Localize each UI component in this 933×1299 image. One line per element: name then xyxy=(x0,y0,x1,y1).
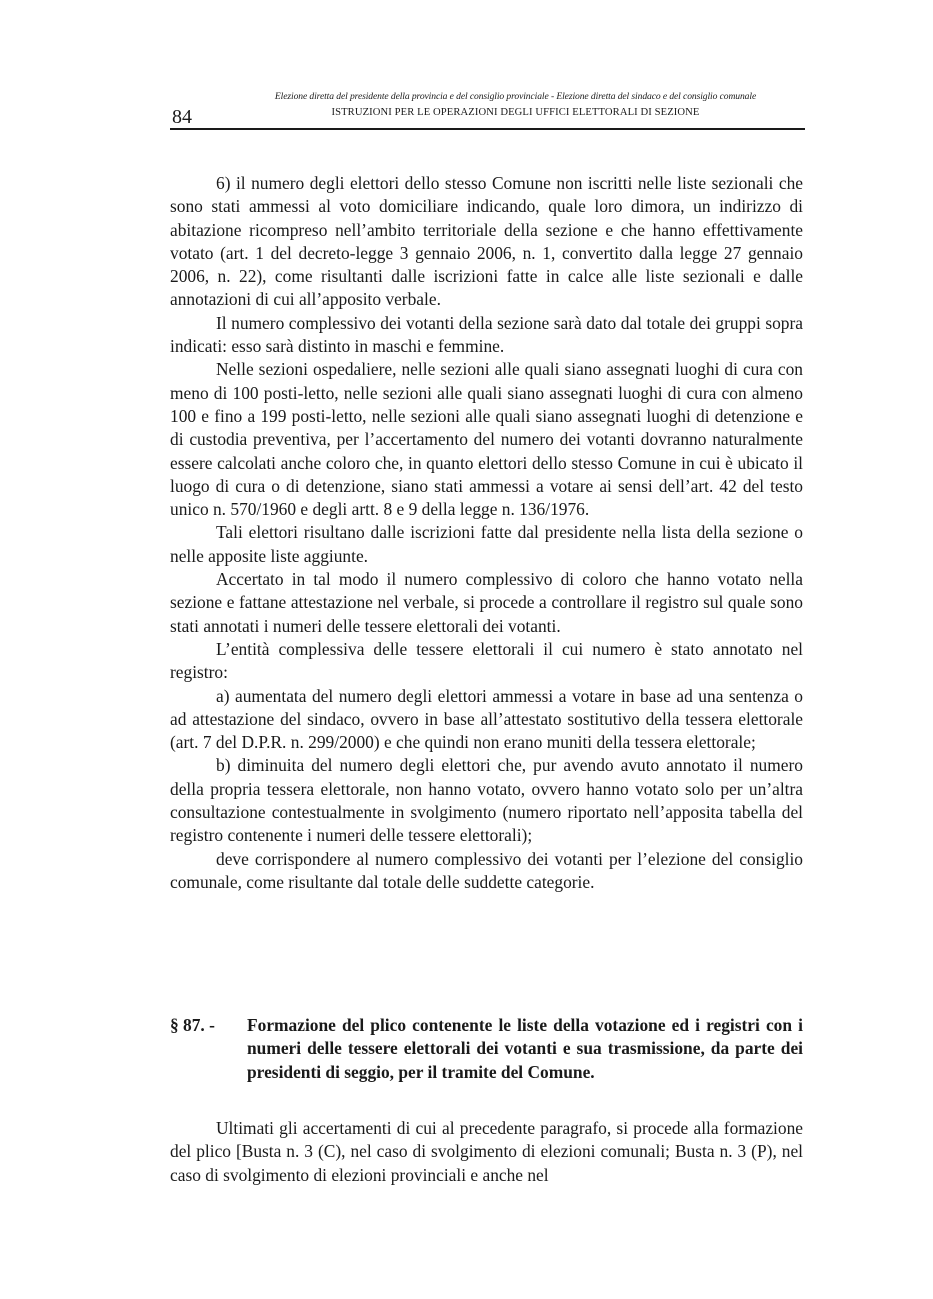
paragraph-must-match: deve corrispondere al numero complessivo… xyxy=(170,848,803,895)
paragraph-total-voters: Il numero complessivo dei votanti della … xyxy=(170,312,803,359)
body-text: 6) il numero degli elettori dello stesso… xyxy=(170,172,803,894)
running-head-subtitle: ISTRUZIONI PER LE OPERAZIONI DEGLI UFFIC… xyxy=(226,106,805,119)
running-head: 84 Elezione diretta del presidente della… xyxy=(170,88,805,130)
paragraph-electors-lists: Tali elettori risultano dalle iscrizioni… xyxy=(170,521,803,568)
paragraph-register-check: Accertato in tal modo il numero compless… xyxy=(170,568,803,638)
paragraph-hospital-sections: Nelle sezioni ospedaliere, nelle sezioni… xyxy=(170,358,803,521)
paragraph-plico-formation: Ultimati gli accertamenti di cui al prec… xyxy=(170,1117,803,1187)
running-head-title: Elezione diretta del presidente della pr… xyxy=(226,91,805,103)
section-body-text: Ultimati gli accertamenti di cui al prec… xyxy=(170,1117,803,1187)
paragraph-item-b: b) diminuita del numero degli elettori c… xyxy=(170,754,803,847)
paragraph-card-total: L’entità complessiva delle tessere elett… xyxy=(170,638,803,685)
document-page: 84 Elezione diretta del presidente della… xyxy=(0,0,933,1299)
section-title: Formazione del plico contenente le liste… xyxy=(247,1014,803,1084)
page-number: 84 xyxy=(172,106,192,128)
section-heading: § 87. - Formazione del plico contenente … xyxy=(170,1014,803,1084)
header-rule xyxy=(170,128,805,130)
section-number: § 87. - xyxy=(170,1014,215,1037)
paragraph-item-a: a) aumentata del numero degli elettori a… xyxy=(170,685,803,755)
paragraph-item-6: 6) il numero degli elettori dello stesso… xyxy=(170,172,803,312)
